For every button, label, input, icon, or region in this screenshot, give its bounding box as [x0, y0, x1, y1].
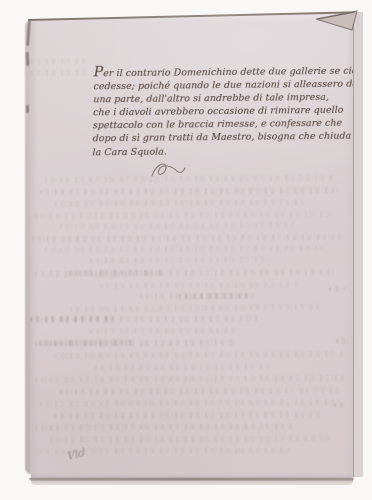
showthrough-line: [30, 316, 115, 323]
showthrough-line: [336, 338, 350, 344]
showthrough-line: [55, 411, 325, 419]
manuscript-page: Per il contrario Domenichino dette due g…: [29, 12, 353, 481]
showthrough-line: [55, 351, 345, 359]
showthrough-line: [60, 387, 340, 395]
manuscript-text: Per il contrario Domenichino dette due g…: [92, 65, 355, 159]
showthrough-line: [45, 175, 335, 183]
showthrough-line: [35, 211, 335, 219]
showthrough-line: [32, 234, 342, 242]
showthrough-line: [31, 58, 89, 64]
showthrough-line: [329, 286, 345, 292]
showthrough-line: [100, 281, 300, 288]
deckle-nick: [26, 105, 29, 113]
showthrough-line: [40, 447, 290, 455]
manuscript-line: la Cara Squola.: [92, 143, 354, 159]
page-stack-bottom-edge: [31, 481, 353, 485]
showthrough-line: [45, 245, 325, 253]
showthrough-line: [60, 222, 300, 230]
showthrough-line: [39, 340, 134, 347]
showthrough-line: [70, 304, 320, 312]
showthrough-line: [90, 256, 270, 263]
scanned-manuscript-view: Per il contrario Domenichino dette due g…: [0, 0, 372, 500]
next-page-right-edge: [353, 12, 363, 477]
showthrough-line: [95, 363, 275, 370]
folded-corner-icon: [314, 8, 360, 34]
showthrough-line: [35, 423, 295, 431]
manuscript-line: dopo di sì gran tratti da Maestro, bisog…: [92, 130, 354, 146]
showthrough-line: [69, 270, 164, 277]
showthrough-line: [40, 187, 340, 195]
showthrough-line: [50, 435, 330, 443]
showthrough-line: [334, 402, 346, 408]
showthrough-line: [35, 375, 345, 383]
showthrough-line: [40, 399, 340, 407]
showthrough-line: [31, 70, 91, 76]
showthrough-line: [90, 327, 240, 334]
showthrough-line: [179, 293, 254, 300]
showthrough-line: [55, 199, 305, 207]
